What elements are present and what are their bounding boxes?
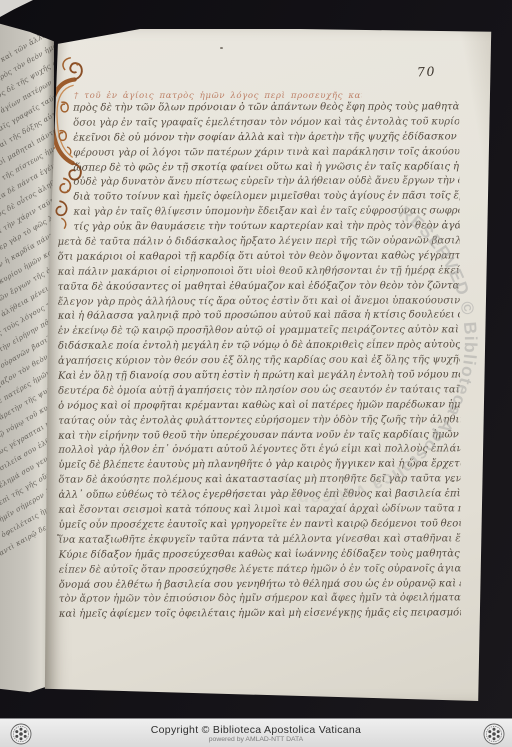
manuscript-line: Καὶ ἐν ὅλῃ τῇ διανοίᾳ σου αὕτη ἐστὶν ἡ π… xyxy=(58,368,460,384)
manuscript-line: καὶ ἔσονται σεισμοὶ κατὰ τόπους καὶ λιμο… xyxy=(58,502,460,518)
backdrop-corner xyxy=(0,0,33,17)
manuscript-line: ὅσοι γὰρ ἐν ταῖς γραφαῖς ἐμελέτησαν τὸν … xyxy=(57,115,459,131)
manuscript-line: ὑμεῖς δὲ βλέπετε ἑαυτοὺς μὴ πλανηθῆτε ὁ … xyxy=(58,458,460,474)
manuscript-line: πολλοὶ γὰρ ἦλθον ἐπ᾽ ὀνόματι αὐτοῦ λέγον… xyxy=(58,443,460,459)
manuscript-line: ταύτας οὖν τὰς ἐντολὰς φυλάττοντες εὑρήσ… xyxy=(58,413,460,429)
manuscript-line: τὸν ἄρτον ἡμῶν τὸν ἐπιούσιον δὸς ἡμῖν σή… xyxy=(59,592,461,608)
manuscript-line: εἶπεν δὲ αὐτοῖς ὅταν προσεύχησθε λέγετε … xyxy=(59,562,461,578)
folio-number: 70 xyxy=(417,64,437,80)
manuscript-line: καὶ τὴν εἰρήνην τοῦ θεοῦ τὴν ὑπερέχουσαν… xyxy=(58,428,460,444)
manuscript-line: ἵνα καταξιωθῆτε ἐκφυγεῖν ταῦτα πάντα τὰ … xyxy=(59,532,461,548)
ink-speck xyxy=(452,480,454,482)
manuscript-line: καὶ ἡμεῖς ἀφίεμεν τοῖς ὀφειλέταις ἡμῶν κ… xyxy=(59,607,461,623)
manuscript-page: 70 † τοῦ ἐν ἁγίοις πατρὸς ἡμῶν λόγος περ… xyxy=(44,27,493,703)
vatican-library-seal-left-icon xyxy=(10,723,32,745)
ink-speck xyxy=(220,47,223,49)
manuscript-line: ἀγαπήσεις κύριον τὸν θεόν σου ἐξ ὅλης τῆ… xyxy=(58,353,460,369)
vatican-library-seal-right-icon xyxy=(483,723,505,745)
manuscript-line: ἐν ἐκείνῳ δὲ τῷ καιρῷ προσῆλθον αὐτῷ οἱ … xyxy=(58,324,460,340)
manuscript-line: πρὸς δὲ τὴν τῶν ὅλων πρόνοιαν ὁ τῶν ἁπάν… xyxy=(57,100,459,116)
manuscript-line: ὥσπερ δὲ τὸ φῶς ἐν τῇ σκοτίᾳ φαίνει οὕτω… xyxy=(57,160,459,176)
manuscript-line: ὄνομά σου ἐλθέτω ἡ βασιλεία σου γενηθήτω… xyxy=(59,577,461,593)
manuscript-line: οὐδὲ γὰρ δυνατὸν ἄνευ πίστεως εὑρεῖν τὴν… xyxy=(57,175,459,191)
footer-bar: Copyright © Biblioteca Apostolica Vatica… xyxy=(0,718,512,747)
manuscript-text-block: πρὸς δὲ τὴν τῶν ὅλων πρόνοιαν ὁ τῶν ἁπάν… xyxy=(57,100,461,623)
manuscript-line: καὶ γὰρ ἐν ταῖς θλίψεσιν ὑπομονὴν ἔδειξα… xyxy=(57,205,459,221)
manuscript-line: ὑμεῖς οὖν προσέχετε ἑαυτοῖς καὶ γρηγορεῖ… xyxy=(59,517,461,533)
ink-speck xyxy=(57,534,59,536)
manuscript-line: καὶ ἡ θάλασσα γαληνιᾷ πρὸ τοῦ προσώπου α… xyxy=(58,309,460,325)
scan-viewport: νων καὶ τῶν ἄλλων πάντωνας πρὸς τὸν θεὸν… xyxy=(0,0,512,747)
manuscript-line: ἀλλ᾽ οὔπω εὐθέως τὸ τέλος ἐγερθήσεται γὰ… xyxy=(58,487,460,503)
manuscript-line: μετὰ δὲ ταῦτα πάλιν ὁ διδάσκαλος ἤρξατο … xyxy=(58,234,460,250)
manuscript-line: φέρουσι γὰρ οἱ λόγοι τῶν πατέρων χάριν τ… xyxy=(57,145,459,161)
manuscript-line: ὁ νόμος καὶ οἱ προφῆται κρέμανται καθὼς … xyxy=(58,398,460,414)
manuscript-line: ταῦτα δὲ ἀκούσαντες οἱ μαθηταὶ ἐθαύμαζον… xyxy=(58,279,460,295)
manuscript-line: Κύριε δίδαξον ἡμᾶς προσεύχεσθαι καθὼς κα… xyxy=(59,547,461,563)
manuscript-line: ἐκεῖνοι δὲ οὐ μόνον τὴν σοφίαν ἀλλὰ καὶ … xyxy=(57,130,459,146)
manuscript-line: καὶ πάλιν μακάριοι οἱ εἰρηνοποιοὶ ὅτι υἱ… xyxy=(58,264,460,280)
footer-text-group: Copyright © Biblioteca Apostolica Vatica… xyxy=(151,724,361,744)
manuscript-line: ἔλεγον γὰρ πρὸς ἀλλήλους τίς ἄρα οὗτος ἐ… xyxy=(58,294,460,310)
manuscript-line: διδάσκαλε ποία ἐντολὴ μεγάλη ἐν τῷ νόμῳ … xyxy=(58,339,460,355)
manuscript-line: τίς γὰρ οὐκ ἂν θαυμάσειε τὴν τούτων καρτ… xyxy=(58,219,460,235)
manuscript-line: ὅτι μακάριοι οἱ καθαροὶ τῇ καρδίᾳ ὅτι αὐ… xyxy=(58,249,460,265)
copyright-text: Copyright © Biblioteca Apostolica Vatica… xyxy=(151,724,361,736)
facing-page-text: νων καὶ τῶν ἄλλων πάντωνας πρὸς τὸν θεὸν… xyxy=(0,61,54,571)
manuscript-line: ὅταν δὲ ἀκούσητε πολέμους καὶ ἀκαταστασί… xyxy=(58,473,460,489)
manuscript-line: διὰ τοῦτο τοίνυν καὶ ἡμεῖς ὀφείλομεν μιμ… xyxy=(57,190,459,206)
powered-by-text: powered by AMLAD-NTT DATA xyxy=(151,736,361,744)
manuscript-line: δευτέρα δὲ ὁμοία αὐτῇ ἀγαπήσεις τὸν πλησ… xyxy=(58,383,460,399)
